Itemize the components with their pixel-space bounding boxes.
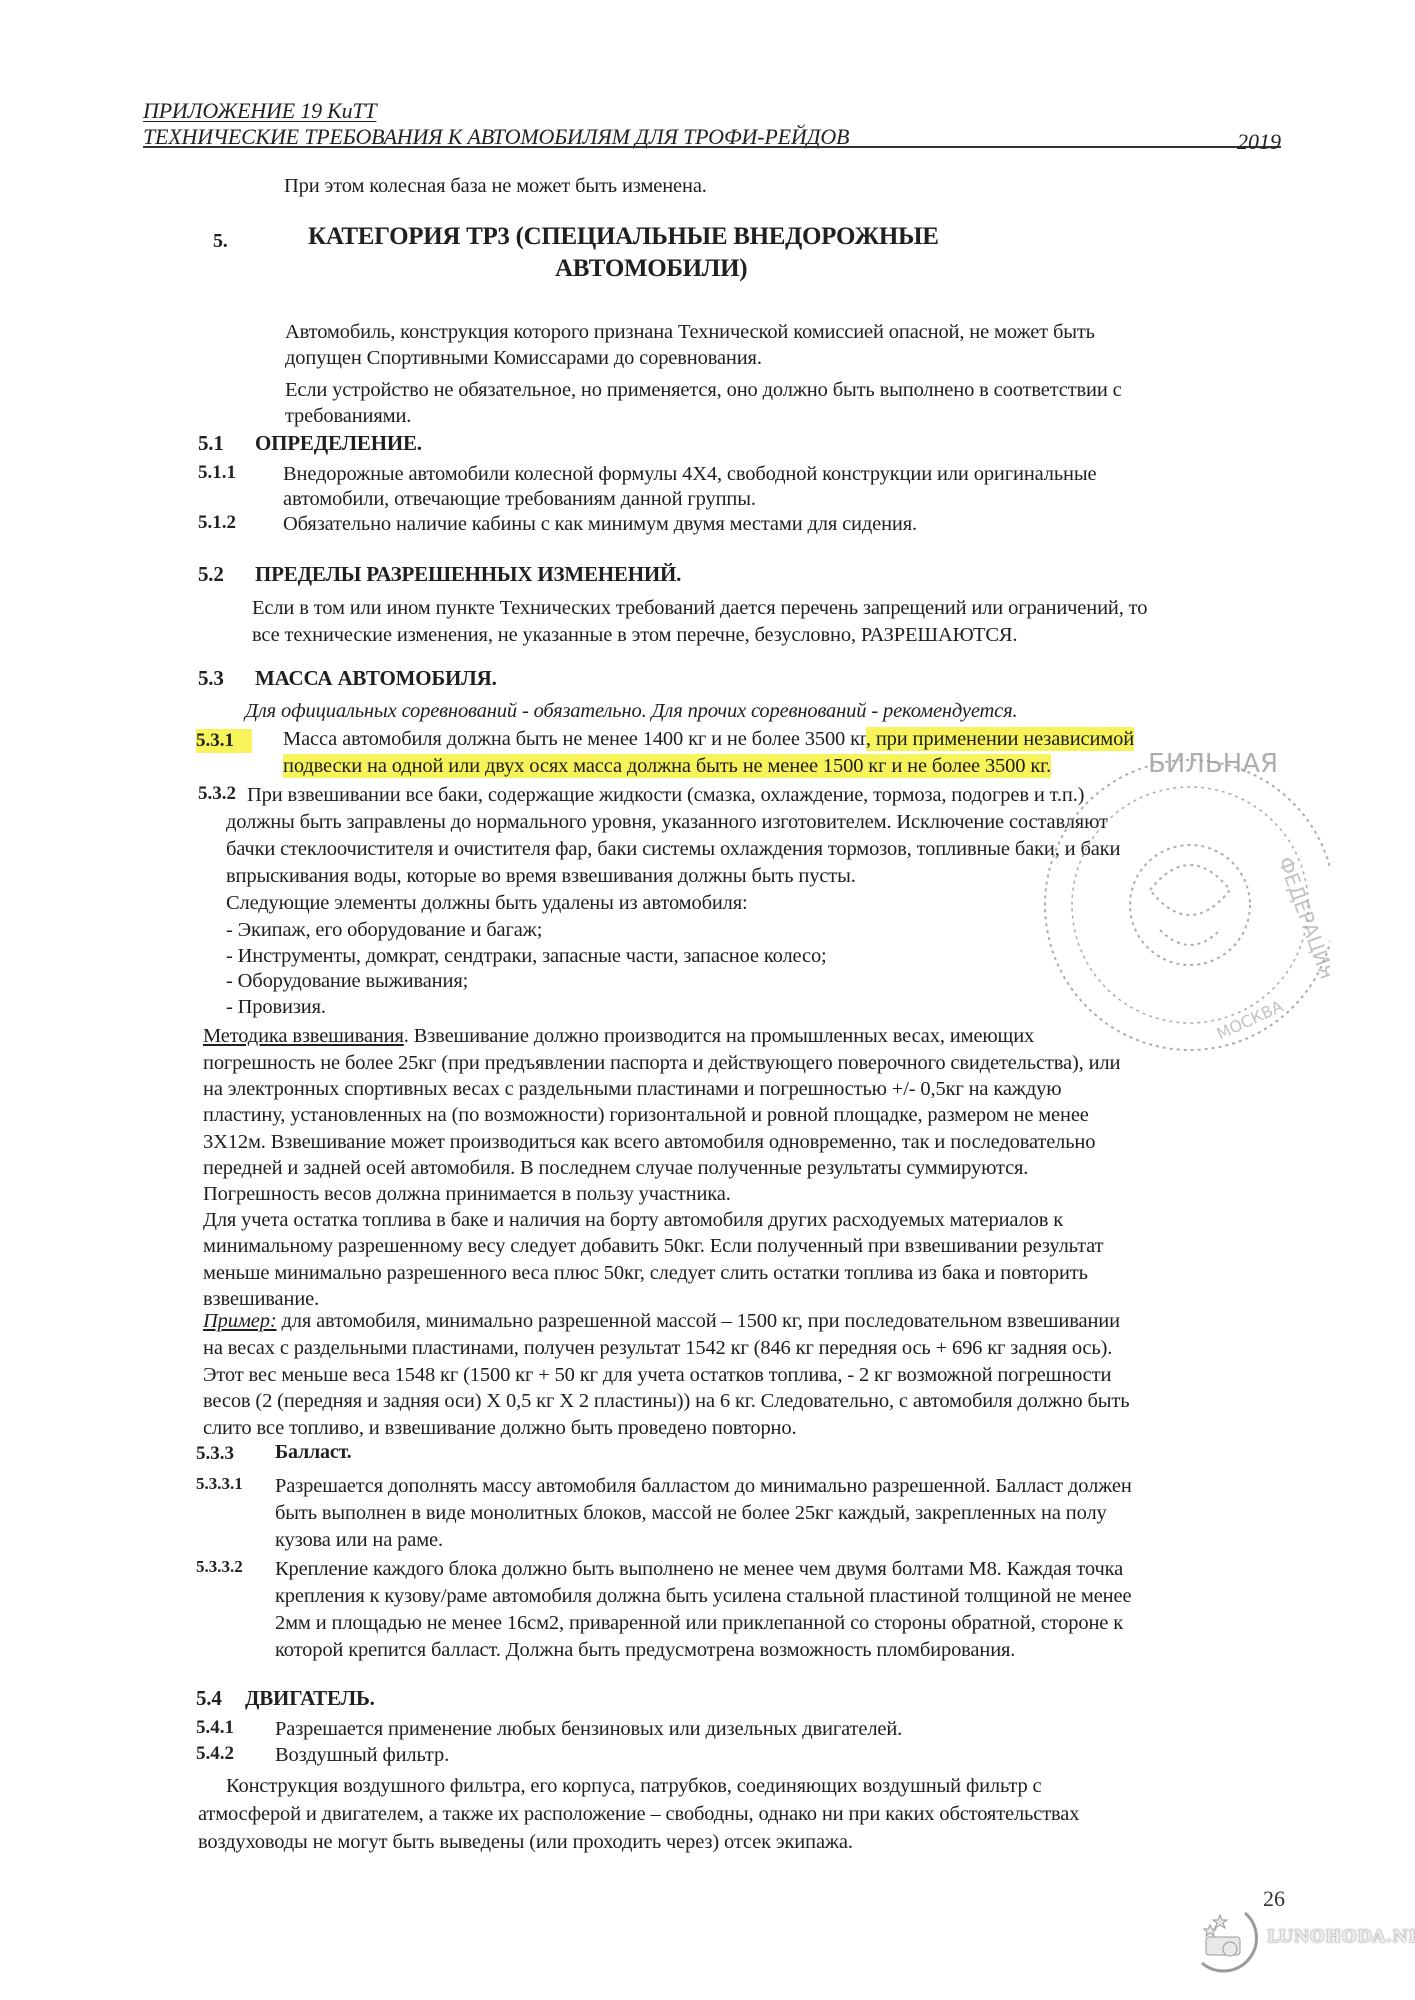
- intro-line: При этом колесная база не может быть изм…: [284, 172, 707, 200]
- item-5-3-2-list-line: - Оборудование выживания;: [226, 967, 468, 995]
- section-5-4-title: ДВИГАТЕЛЬ.: [245, 1686, 375, 1711]
- item-5-3-2-list-line: - Экипаж, его оборудование и багаж;: [226, 916, 542, 944]
- section-5-title-line1: КАТЕГОРИЯ ТР3 (СПЕЦИАЛЬНЫЕ ВНЕДОРОЖНЫЕ: [308, 220, 939, 254]
- watermark-logo: LUNOHODA.NET: [1190, 1905, 1405, 1975]
- weighing-method-line: меньше минимально разрешенного веса плюс…: [203, 1259, 1088, 1287]
- section-5-2-line1: Если в том или ином пункте Технических т…: [252, 594, 1147, 622]
- example-first-text: для автомобиля, минимально разрешенной м…: [277, 1310, 1120, 1332]
- item-5-3-2-number: 5.3.2: [198, 783, 236, 805]
- example-line: слито все топливо, и взвешивание должно …: [203, 1414, 796, 1442]
- ballast-item-line: кузова или на раме.: [275, 1526, 443, 1554]
- air-filter-para-line1: Конструкция воздушного фильтра, его корп…: [226, 1772, 1041, 1800]
- example-label: Пример:: [203, 1310, 277, 1332]
- header-year: 2019: [1237, 129, 1281, 155]
- example-line: на весах с раздельными пластинами, получ…: [203, 1334, 1112, 1362]
- item-5-3-2-line: должны быть заправлены до нормального ур…: [226, 808, 1108, 836]
- item-5-3-2-line: Следующие элементы должны быть удалены и…: [226, 889, 748, 917]
- item-5-3-1-text-highlighted-2: подвески на одной или двух осях масса до…: [283, 754, 1051, 778]
- watermark-text: LUNOHODA.NET: [1267, 1927, 1415, 1947]
- item-5-3-1-line1: Масса автомобиля должна быть не менее 14…: [283, 725, 1134, 753]
- svg-text:ФЕДЕРАЦИЯ: ФЕДЕРАЦИЯ: [1273, 854, 1330, 983]
- item-5-1-2-number: 5.1.2: [198, 512, 236, 534]
- item-5-3-3-number: 5.3.3: [196, 1443, 234, 1465]
- item-5-3-2-line: бачки стеклоочистителя и очистителя фар,…: [226, 835, 1120, 863]
- weighing-method-first-text: . Взвешивание должно производится на про…: [404, 1025, 1034, 1047]
- weighing-method-line: передней и задней осей автомобиля. В пос…: [203, 1154, 1028, 1182]
- ballast-item-line: которой крепится балласт. Должна быть пр…: [275, 1636, 1015, 1664]
- item-5-3-1-line2: подвески на одной или двух осях масса до…: [283, 752, 1051, 780]
- item-5-3-3-title: Балласт.: [275, 1441, 351, 1464]
- item-5-4-1-text: Разрешается применение любых бензиновых …: [275, 1715, 902, 1743]
- ballast-item-line: Разрешается дополнять массу автомобиля б…: [275, 1472, 1132, 1500]
- weighing-method-line: Погрешность весов должна принимается в п…: [203, 1180, 731, 1208]
- item-5-1-2-line1: Обязательно наличие кабины с как минимум…: [283, 510, 917, 538]
- item-5-3-2-list-line: - Провизия.: [226, 993, 326, 1021]
- item-5-1-1-line1: Внедорожные автомобили колесной формулы …: [283, 460, 1096, 488]
- section-5-2-number: 5.2: [198, 562, 224, 587]
- item-5-1-1-line2: автомобили, отвечающие требованиям данно…: [283, 485, 756, 513]
- example-line: весов (2 (передняя и задняя оси) Х 0,5 к…: [203, 1387, 1129, 1415]
- section-5-number: 5.: [213, 224, 227, 258]
- item-5-4-2-text: Воздушный фильтр.: [275, 1741, 449, 1769]
- ballast-item-line: 2мм и площадью не менее 16см2, приваренн…: [275, 1609, 1123, 1637]
- section-5-3-title: МАССА АВТОМОБИЛЯ.: [255, 666, 497, 691]
- weighing-method-line: минимальному разрешенному весу следует д…: [203, 1232, 1103, 1260]
- weighing-method-label: Методика взвешивания: [203, 1025, 404, 1047]
- weighing-method-first-line: Методика взвешивания. Взвешивание должно…: [203, 1022, 1034, 1050]
- section-5-3-note: Для официальных соревнований - обязатель…: [245, 697, 1017, 725]
- weighing-method-line: пластину, установленных на (по возможнос…: [203, 1101, 1089, 1129]
- section-5-1-number: 5.1: [198, 431, 224, 456]
- item-5-3-2-line: впрыскивания воды, которые во время взве…: [226, 862, 856, 890]
- svg-text:МОСКВА: МОСКВА: [1214, 996, 1286, 1043]
- section-5-para2-line2: требованиями.: [285, 402, 411, 430]
- example-first-line: Пример: для автомобиля, минимально разре…: [203, 1307, 1120, 1335]
- item-5-3-1-text-highlighted: , при применении независимой: [866, 727, 1134, 751]
- ballast-item-line: Крепление каждого блока должно быть выпо…: [275, 1555, 1123, 1583]
- ballast-item-number: 5.3.3.1: [196, 1474, 243, 1494]
- section-5-title-line2: АВТОМОБИЛИ): [555, 252, 747, 286]
- weighing-method-line: на электронных спортивных весах с раздел…: [203, 1075, 1061, 1103]
- item-5-4-1-number: 5.4.1: [196, 1717, 234, 1739]
- weighing-method-line: Для учета остатка топлива в баке и налич…: [203, 1206, 1063, 1234]
- section-5-para1-line2: допущен Спортивными Комиссарами до сорев…: [285, 344, 762, 372]
- section-5-1-title: ОПРЕДЕЛЕНИЕ.: [255, 431, 422, 456]
- weighing-method-line: 3Х12м. Взвешивание может производиться к…: [203, 1128, 1095, 1156]
- section-5-2-title: ПРЕДЕЛЫ РАЗРЕШЕННЫХ ИЗМЕНЕНИЙ.: [255, 562, 681, 587]
- header-rule: [143, 146, 1281, 148]
- section-5-para1-line1: Автомобиль, конструкция которого признан…: [285, 318, 1095, 346]
- ballast-item-line: крепления к кузову/раме автомобиля должн…: [275, 1582, 1131, 1610]
- lunokhod-logo-icon: [1190, 1905, 1265, 1975]
- section-5-3-number: 5.3: [198, 666, 224, 691]
- svg-text:БИЛЬНАЯ: БИЛЬНАЯ: [1148, 749, 1278, 779]
- section-5-2-line2: все технические изменения, не указанные …: [252, 621, 1017, 649]
- ballast-item-line: быть выполнен в виде монолитных блоков, …: [275, 1499, 1107, 1527]
- header-appendix-title: ПРИЛОЖЕНИЕ 19 КиТТ: [143, 98, 376, 124]
- weighing-method-line: погрешность не более 25кг (при предъявле…: [203, 1049, 1120, 1077]
- item-5-4-2-number: 5.4.2: [196, 1743, 234, 1765]
- ballast-item-number: 5.3.3.2: [196, 1557, 243, 1577]
- example-line: Этот вес меньше веса 1548 кг (1500 кг + …: [203, 1361, 1111, 1389]
- air-filter-para-line2: атмосферой и двигателем, а также их расп…: [198, 1800, 1079, 1828]
- item-5-3-1-number: 5.3.1: [196, 729, 252, 753]
- section-5-4-number: 5.4: [196, 1686, 222, 1711]
- item-5-3-2-list-line: - Инструменты, домкрат, сендтраки, запас…: [226, 942, 827, 970]
- item-5-3-2-first-line: При взвешивании все баки, содержащие жид…: [247, 781, 1084, 809]
- section-5-para2-line1: Если устройство не обязательное, но прим…: [285, 376, 1122, 404]
- air-filter-para-line3: воздуховоды не могут быть выведены (или …: [198, 1828, 853, 1856]
- item-5-1-1-number: 5.1.1: [198, 462, 236, 484]
- item-5-3-1-text-plain: Масса автомобиля должна быть не менее 14…: [283, 728, 866, 750]
